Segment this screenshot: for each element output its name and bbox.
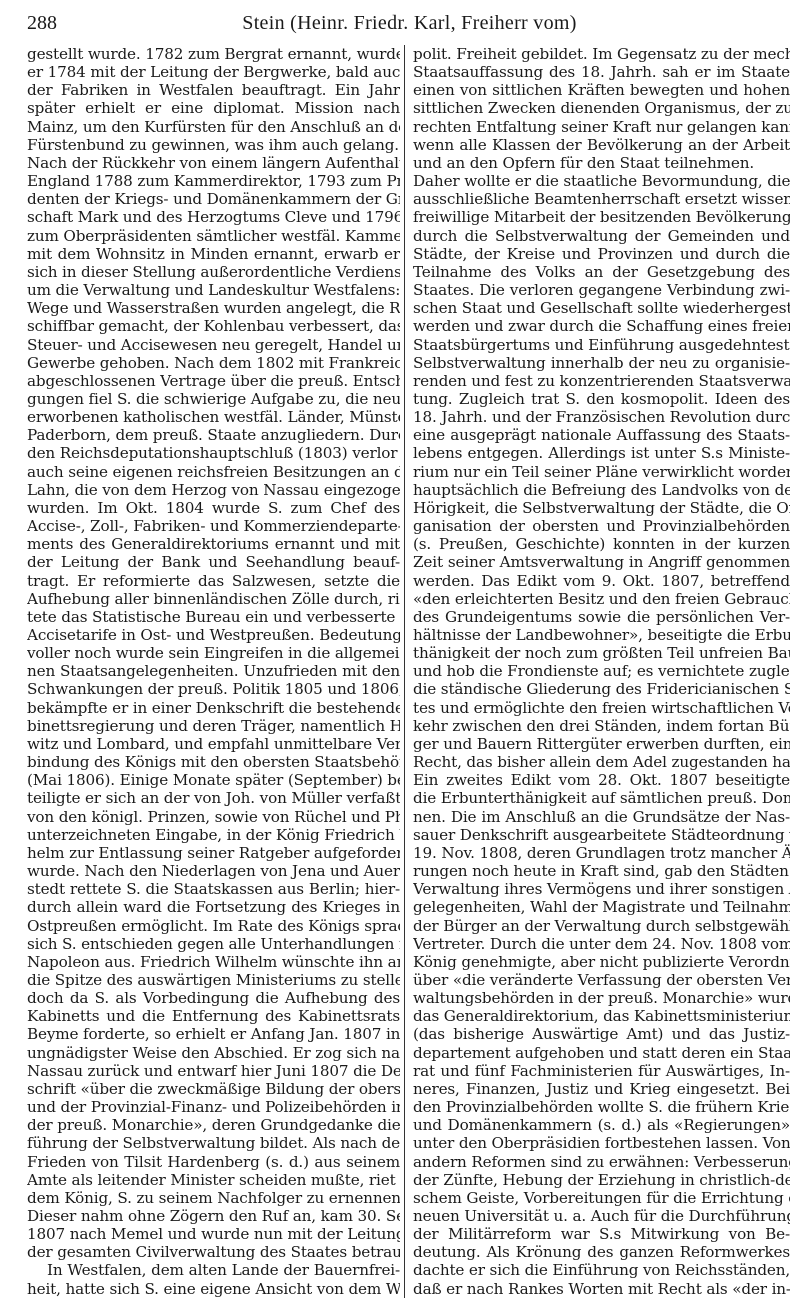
text-line: deutung. Als Krönung des ganzen Reformwe… (413, 1243, 790, 1261)
text-line: schen Staat und Gesellschaft sollte wied… (413, 299, 790, 317)
text-line: In Westfalen, dem alten Lande der Bauern… (27, 1261, 400, 1279)
text-line: Ostpreußen ermöglicht. Im Rate des König… (27, 917, 400, 935)
text-line: auch seine eigenen reichsfreien Besitzun… (27, 463, 400, 481)
text-line: teiligte er sich an der von Joh. von Mül… (27, 789, 400, 807)
text-line: daß er nach Rankes Worten mit Recht als … (413, 1280, 790, 1298)
text-line: durch die Selbstverwaltung der Gemeinden… (413, 227, 790, 245)
text-line: des Grundeigentums sowie die persönliche… (413, 608, 790, 626)
text-line: über «die veränderte Verfassung der ober… (413, 971, 790, 989)
text-line: wurden. Im Okt. 1804 wurde S. zum Chef d… (27, 499, 400, 517)
text-line: departement aufgehoben und statt deren e… (413, 1044, 790, 1062)
text-line: führung der Selbstverwaltung bildet. Als… (27, 1134, 400, 1152)
text-line: Accise-, Zoll-, Fabriken- und Kommerzien… (27, 517, 400, 535)
page-header: 288 Stein (Heinr. Friedr. Karl, Freiherr… (27, 10, 790, 40)
text-line: ausschließliche Beamtenherrschaft ersetz… (413, 190, 790, 208)
text-line: der Zünfte, Hebung der Erziehung in chri… (413, 1171, 790, 1189)
text-line: Zeit seiner Amtsverwaltung in Angriff ge… (413, 553, 790, 571)
text-line: Vertreter. Durch die unter dem 24. Nov. … (413, 935, 790, 953)
text-line: renden und fest zu konzentrierenden Staa… (413, 372, 790, 390)
text-line: (das bisherige Auswärtige Amt) und das J… (413, 1025, 790, 1043)
text-line: Verwaltung ihres Vermögens und ihrer son… (413, 880, 790, 898)
text-line: tung. Zugleich trat S. den kosmopolit. I… (413, 390, 790, 408)
text-line: erworbenen katholischen westfäl. Länder,… (27, 408, 400, 426)
text-line: stedt rettete S. die Staatskassen aus Be… (27, 880, 400, 898)
text-line: den Provinzialbehörden wollte S. die frü… (413, 1098, 790, 1116)
text-line: Staates. Die verloren gegangene Verbindu… (413, 281, 790, 299)
text-line: durch allein ward die Fortsetzung des Kr… (27, 898, 400, 916)
text-line: ments des Generaldirektoriums ernannt un… (27, 535, 400, 553)
text-line: der Bürger an der Verwaltung durch selbs… (413, 917, 790, 935)
text-line: tragt. Er reformierte das Salzwesen, set… (27, 572, 400, 590)
text-line: und der Provinzial-Finanz- und Polizeibe… (27, 1098, 400, 1116)
text-line: rungen noch heute in Kraft sind, gab den… (413, 862, 790, 880)
text-line: denten der Kriegs- und Domänenkammern de… (27, 190, 400, 208)
text-line: von den königl. Prinzen, sowie von Rüche… (27, 808, 400, 826)
text-line: der gesamten Civilverwaltung des Staates… (27, 1243, 400, 1261)
text-line: waltungsbehörden in der preuß. Monarchie… (413, 989, 790, 1007)
text-line: Teilnahme des Volks an der Gesetzgebung … (413, 263, 790, 281)
text-line: Amte als leitender Minister scheiden muß… (27, 1171, 400, 1189)
text-line: «den erleichterten Besitz und den freien… (413, 590, 790, 608)
text-line: schaft Mark und des Herzogtums Cleve und… (27, 208, 400, 226)
text-line: dem König, S. zu seinem Nachfolger zu er… (27, 1189, 400, 1207)
text-line: Wege und Wasserstraßen wurden angelegt, … (27, 299, 400, 317)
text-line: hauptsächlich die Befreiung des Landvolk… (413, 481, 790, 499)
text-line: um die Verwaltung und Landeskultur Westf… (27, 281, 400, 299)
left-column: gestellt wurde. 1782 zum Bergrat ernannt… (27, 45, 400, 1298)
text-line: Recht, das bisher allein dem Adel zugest… (413, 753, 790, 771)
text-line: Daher wollte er die staatliche Bevormund… (413, 172, 790, 190)
text-line: Frieden von Tilsit Hardenberg (s. d.) au… (27, 1153, 400, 1171)
text-line: nen. Die im Anschluß an die Grundsätze d… (413, 808, 790, 826)
text-line: Städte, der Kreise und Provinzen und dur… (413, 245, 790, 263)
text-line: dachte er sich die Einführung von Reichs… (413, 1261, 790, 1279)
text-line: der Militärreform war S.s Mitwirkung von… (413, 1225, 790, 1243)
text-line: Nach der Rückkehr von einem längern Aufe… (27, 154, 400, 172)
text-line: heit, hatte sich S. eine eigene Ansicht … (27, 1280, 400, 1298)
text-line: tete das Statistische Bureau ein und ver… (27, 608, 400, 626)
text-line: Dieser nahm ohne Zögern den Ruf an, kam … (27, 1207, 400, 1225)
text-line: wurde. Nach den Niederlagen von Jena und… (27, 862, 400, 880)
text-line: gelegenheiten, Wahl der Magistrate und T… (413, 898, 790, 916)
text-line: der Fabriken in Westfalen beauftragt. Ei… (27, 81, 400, 99)
text-line: witz und Lombard, und empfahl unmittelba… (27, 735, 400, 753)
text-line: ger und Bauern Rittergüter erwerben durf… (413, 735, 790, 753)
text-line: Ein zweites Edikt vom 28. Okt. 1807 bese… (413, 771, 790, 789)
text-line: später erhielt er eine diplomat. Mission… (27, 99, 400, 117)
text-line: sich S. entschieden gegen alle Unterhand… (27, 935, 400, 953)
text-line: Mainz, um den Kurfürsten für den Anschlu… (27, 118, 400, 136)
text-line: neuen Universität u. a. Auch für die Dur… (413, 1207, 790, 1225)
text-line: Aufhebung aller binnenländischen Zölle d… (27, 590, 400, 608)
text-line: ganisation der obersten und Provinzialbe… (413, 517, 790, 535)
text-line: binettsregierung und deren Träger, namen… (27, 717, 400, 735)
text-line: Staatsauffassung des 18. Jahrh. sah er i… (413, 63, 790, 81)
text-line: König genehmigte, aber nicht publizierte… (413, 953, 790, 971)
column-divider (404, 45, 405, 1298)
text-line: abgeschlossenen Vertrage über die preuß.… (27, 372, 400, 390)
text-line: er 1784 mit der Leitung der Bergwerke, b… (27, 63, 400, 81)
text-line: eine ausgeprägt nationale Auffassung des… (413, 426, 790, 444)
text-line: Hörigkeit, die Selbstverwaltung der Städ… (413, 499, 790, 517)
text-line: unter den Oberpräsidien fortbestehen las… (413, 1134, 790, 1152)
text-line: werden und zwar durch die Schaffung eine… (413, 317, 790, 335)
running-title: Stein (Heinr. Friedr. Karl, Freiherr vom… (227, 12, 592, 35)
text-line: sauer Denkschrift ausgearbeitete Städteo… (413, 826, 790, 844)
text-line: mit dem Wohnsitz in Minden ernannt, erwa… (27, 245, 400, 263)
text-line: rat und fünf Fachministerien für Auswärt… (413, 1062, 790, 1080)
text-line: Staatsbürgertums und Einführung ausgedeh… (413, 336, 790, 354)
text-line: und an den Opfern für den Staat teilnehm… (413, 154, 790, 172)
text-line: 19. Nov. 1808, deren Grundlagen trotz ma… (413, 844, 790, 862)
text-line: polit. Freiheit gebildet. Im Gegensatz z… (413, 45, 790, 63)
text-line: und hob die Frondienste auf; es vernicht… (413, 662, 790, 680)
text-line: Accisetarife in Ost- und Westpreußen. Be… (27, 626, 400, 644)
text-line: tes und ermöglichte den freien wirtschaf… (413, 699, 790, 717)
text-line: rechten Entfaltung seiner Kraft nur gela… (413, 118, 790, 136)
text-line: Gewerbe gehoben. Nach dem 1802 mit Frank… (27, 354, 400, 372)
text-line: schrift «über die zweckmäßige Bildung de… (27, 1080, 400, 1098)
text-line: 1807 nach Memel und wurde nun mit der Le… (27, 1225, 400, 1243)
text-line: (s. Preußen, Geschichte) konnten in der … (413, 535, 790, 553)
text-line: Steuer- und Accisewesen neu geregelt, Ha… (27, 336, 400, 354)
text-line: rium nur ein Teil seiner Pläne verwirkli… (413, 463, 790, 481)
text-line: das Generaldirektorium, das Kabinettsmin… (413, 1007, 790, 1025)
text-line: gungen fiel S. die schwierige Aufgabe zu… (27, 390, 400, 408)
text-line: Beyme forderte, so erhielt er Anfang Jan… (27, 1025, 400, 1043)
text-line: werden. Das Edikt vom 9. Okt. 1807, betr… (413, 572, 790, 590)
text-line: andern Reformen sind zu erwähnen: Verbes… (413, 1153, 790, 1171)
text-line: Nassau zurück und entwarf hier Juni 1807… (27, 1062, 400, 1080)
text-line: bindung des Königs mit den obersten Staa… (27, 753, 400, 771)
text-line: freiwillige Mitarbeit der besitzenden Be… (413, 208, 790, 226)
text-line: Napoleon aus. Friedrich Wilhelm wünschte… (27, 953, 400, 971)
text-line: 18. Jahrh. und der Französischen Revolut… (413, 408, 790, 426)
text-line: lebens entgegen. Allerdings ist unter S.… (413, 444, 790, 462)
text-line: England 1788 zum Kammerdirektor, 1793 zu… (27, 172, 400, 190)
text-line: (Mai 1806). Einige Monate später (Septem… (27, 771, 400, 789)
text-line: die ständische Gliederung des Fridericia… (413, 680, 790, 698)
right-column: polit. Freiheit gebildet. Im Gegensatz z… (413, 45, 790, 1298)
text-line: hältnisse der Landbewohner», beseitigte … (413, 626, 790, 644)
text-line: Selbstverwaltung innerhalb der neu zu or… (413, 354, 790, 372)
text-line: helm zur Entlassung seiner Ratgeber aufg… (27, 844, 400, 862)
text-line: Paderborn, dem preuß. Staate anzuglieder… (27, 426, 400, 444)
page-number: 288 (27, 12, 57, 35)
text-line: der preuß. Monarchie», deren Grundgedank… (27, 1116, 400, 1134)
text-line: Kabinetts und die Entfernung des Kabinet… (27, 1007, 400, 1025)
text-line: Schwankungen der preuß. Politik 1805 und… (27, 680, 400, 698)
text-line: schem Geiste, Vorbereitungen für die Err… (413, 1189, 790, 1207)
text-line: ungnädigster Weise den Abschied. Er zog … (27, 1044, 400, 1062)
text-line: die Spitze des auswärtigen Ministeriums … (27, 971, 400, 989)
text-line: bekämpfte er in einer Denkschrift die be… (27, 699, 400, 717)
text-line: Fürstenbund zu gewinnen, was ihm auch ge… (27, 136, 400, 154)
text-line: neres, Finanzen, Justiz und Krieg einges… (413, 1080, 790, 1098)
text-line: Lahn, die von dem Herzog von Nassau eing… (27, 481, 400, 499)
text-line: doch da S. als Vorbedingung die Aufhebun… (27, 989, 400, 1007)
text-line: der Leitung der Bank und Seehandlung bea… (27, 553, 400, 571)
text-line: kehr zwischen den drei Ständen, indem fo… (413, 717, 790, 735)
text-line: nen Staatsangelegenheiten. Unzufrieden m… (27, 662, 400, 680)
text-line: thänigkeit der noch zum größten Teil unf… (413, 644, 790, 662)
text-line: und Domänenkammern (s. d.) als «Regierun… (413, 1116, 790, 1134)
text-line: sittlichen Zwecken dienenden Organismus,… (413, 99, 790, 117)
text-line: sich in dieser Stellung außerordentliche… (27, 263, 400, 281)
text-line: zum Oberpräsidenten sämtlicher westfäl. … (27, 227, 400, 245)
text-line: wenn alle Klassen der Bevölkerung an der… (413, 136, 790, 154)
text-line: unterzeichneten Eingabe, in der König Fr… (27, 826, 400, 844)
text-line: voller noch wurde sein Eingreifen in die… (27, 644, 400, 662)
text-line: die Erbunterthänigkeit auf sämtlichen pr… (413, 789, 790, 807)
text-line: schiffbar gemacht, der Kohlenbau verbess… (27, 317, 400, 335)
text-line: gestellt wurde. 1782 zum Bergrat ernannt… (27, 45, 400, 63)
text-line: den Reichsdeputationshauptschluß (1803) … (27, 444, 400, 462)
text-line: einen von sittlichen Kräften bewegten un… (413, 81, 790, 99)
